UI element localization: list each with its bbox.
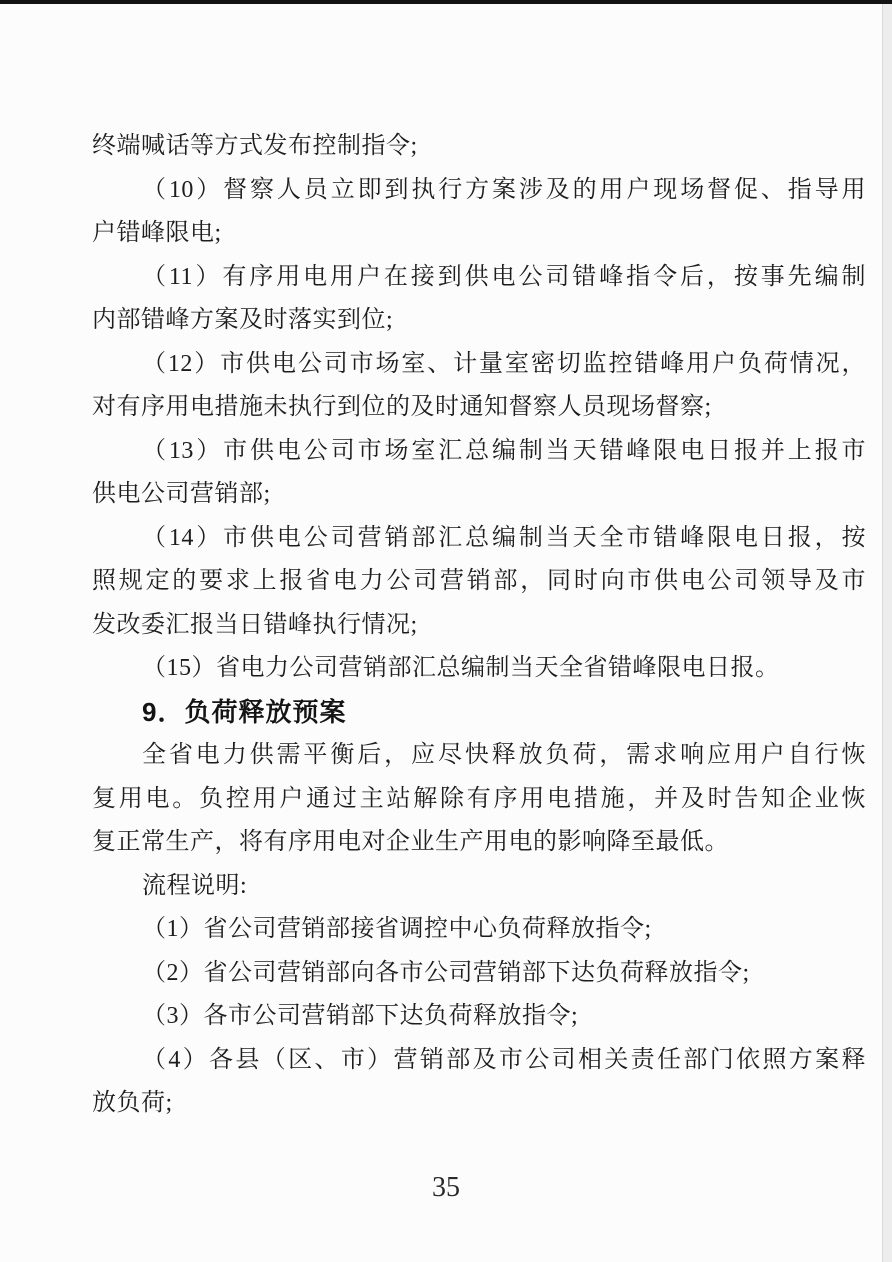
text-line: （3）各市公司营销部下达负荷释放指令; [92, 995, 866, 1039]
text-line: 照规定的要求上报省电力公司营销部，同时向市供电公司领导及市 [92, 560, 866, 604]
text-line: （14）市供电公司营销部汇总编制当天全市错峰限电日报，按 [92, 517, 866, 561]
scan-border-top [0, 0, 892, 4]
text-line: 放负荷; [92, 1082, 866, 1126]
document-page: 终端喊话等方式发布控制指令; （10）督察人员立即到执行方案涉及的用户现场督促、… [0, 0, 892, 1262]
text-line: （1）省公司营销部接省调控中心负荷释放指令; [92, 908, 866, 952]
text-line: 对有序用电措施未执行到位的及时通知督察人员现场督察; [92, 386, 866, 430]
text-line: （10）督察人员立即到执行方案涉及的用户现场督促、指导用 [92, 169, 866, 213]
text-line: 复正常生产，将有序用电对企业生产用电的影响降至最低。 [92, 821, 866, 865]
text-line: （13）市供电公司市场室汇总编制当天错峰限电日报并上报市 [92, 430, 866, 474]
text-line: （2）省公司营销部向各市公司营销部下达负荷释放指令; [92, 952, 866, 996]
text-line: 复用电。负控用户通过主站解除有序用电措施，并及时告知企业恢 [92, 778, 866, 822]
text-line: （11）有序用电用户在接到供电公司错峰指令后，按事先编制 [92, 256, 866, 300]
page-number: 35 [0, 1170, 892, 1206]
text-line: 内部错峰方案及时落实到位; [92, 299, 866, 343]
text-line: （12）市供电公司市场室、计量室密切监控错峰用户负荷情况， [92, 343, 866, 387]
text-line: （15）省电力公司营销部汇总编制当天全省错峰限电日报。 [92, 647, 866, 691]
text-line: 终端喊话等方式发布控制指令; [92, 125, 866, 169]
text-line: 供电公司营销部; [92, 473, 866, 517]
document-body: 终端喊话等方式发布控制指令; （10）督察人员立即到执行方案涉及的用户现场督促、… [92, 125, 866, 1126]
section-heading: 9．负荷释放预案 [92, 691, 866, 735]
text-line: 户错峰限电; [92, 212, 866, 256]
text-line: 流程说明: [92, 865, 866, 909]
text-line: （4）各县（区、市）营销部及市公司相关责任部门依照方案释 [92, 1039, 866, 1083]
scan-edge-right [882, 4, 892, 1262]
text-line: 发改委汇报当日错峰执行情况; [92, 604, 866, 648]
text-line: 全省电力供需平衡后，应尽快释放负荷，需求响应用户自行恢 [92, 734, 866, 778]
